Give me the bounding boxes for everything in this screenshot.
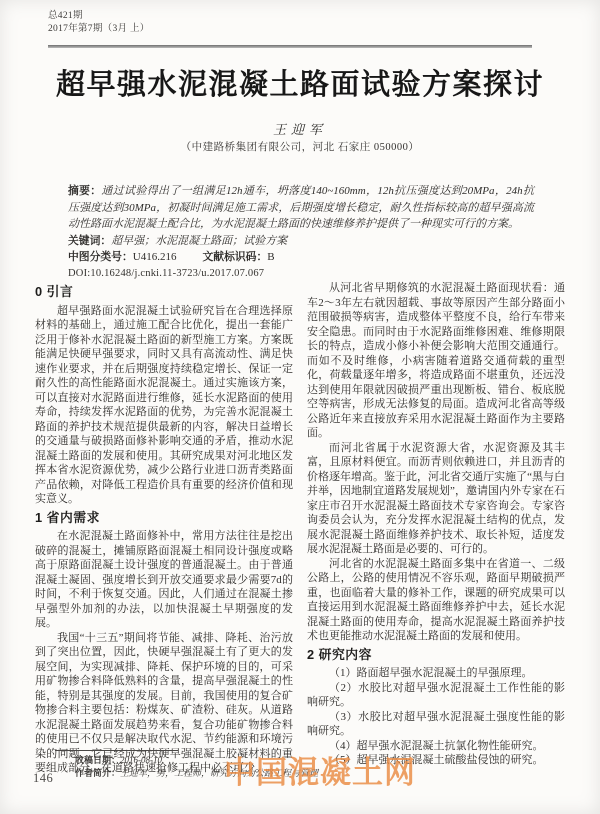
article-author: 王迎军: [0, 119, 600, 138]
author-bio-line: 作者简介：王迎军，男，工程师，研究方向为公路工程与管理: [75, 767, 355, 780]
list-item: （3）水胶比对超早强水泥混凝土强度性能的影响研究。: [307, 710, 565, 739]
received-date-label: 收稿日期：: [75, 755, 120, 765]
clc-label: 中图分类号：: [68, 251, 133, 263]
doc-code-value: B: [267, 251, 274, 263]
header-divider: [48, 45, 532, 48]
journal-issue-info: 总421期 2017年第7期（3月 上）: [48, 10, 150, 35]
received-date-line: 收稿日期：2016-08-10: [75, 754, 355, 767]
section-heading-introduction: 0 引言: [35, 285, 293, 300]
doi-text: DOI:10.16248/j.cnki.11-3723/u.2017.07.06…: [68, 266, 534, 283]
article-affiliation: （中建路桥集团有限公司，河北 石家庄 050000）: [0, 139, 600, 154]
author-bio-label: 作者简介：: [75, 768, 120, 778]
paragraph: 超早强路面水泥混凝土试验研究旨在合理选择原材料的基础上，通过施工配合比优化，提出…: [35, 304, 293, 507]
received-date-value: 2016-08-10: [120, 755, 162, 765]
section-heading-research-content: 2 研究内容: [307, 648, 565, 663]
footnote-divider: [55, 750, 178, 751]
abstract-text: 通过试验得出了一组满足12h通车，坍落度140~160mm，12h抗压强度达到2…: [68, 185, 534, 230]
list-item: （1）路面超早强水泥混凝土的早强原理。: [307, 666, 565, 681]
keywords: 关键词：超早强；水泥混凝土路面；试验方案: [68, 233, 534, 250]
keywords-text: 超早强；水泥混凝土路面；试验方案: [111, 235, 287, 247]
abstract-label: 摘要：: [68, 185, 101, 197]
left-column: 0 引言 超早强路面水泥混凝土试验研究旨在合理选择原材料的基础上，通过施工配合比…: [35, 281, 293, 776]
article-title: 超早强水泥混凝土路面试验方案探讨: [0, 62, 600, 103]
author-bio-value: 王迎军，男，工程师，研究方向为公路工程与管理: [120, 768, 318, 778]
paragraph: 而河北省属于水泥资源大省，水泥资源及其丰富，且原材料便宜。而沥青则依赖进口，并且…: [307, 441, 565, 557]
list-item: （4）超早强水泥混凝土抗氯化物性能研究。: [307, 739, 565, 754]
paragraph: 从河北省早期修筑的水泥混凝土路面现状看：通车2～3年左右就因超载、事故等原因产生…: [307, 281, 565, 441]
right-column: 从河北省早期修筑的水泥混凝土路面现状看：通车2～3年左右就因超载、事故等原因产生…: [307, 281, 565, 776]
classification-row: 中图分类号：U416.216文献标识码：B: [68, 249, 534, 266]
page-number: 146: [33, 771, 53, 786]
paragraph: 在水泥混凝土路面修补中，常用方法往往是挖出破碎的混凝土，摊铺原路面混凝土相同设计…: [35, 529, 293, 631]
section-heading-provincial-demand: 1 省内需求: [35, 511, 293, 526]
footnote: 收稿日期：2016-08-10 作者简介：王迎军，男，工程师，研究方向为公路工程…: [75, 754, 355, 780]
article-meta: 摘要：通过试验得出了一组满足12h通车，坍落度140~160mm，12h抗压强度…: [68, 183, 534, 282]
doc-code-label: 文献标识码：: [202, 251, 267, 263]
abstract: 摘要：通过试验得出了一组满足12h通车，坍落度140~160mm，12h抗压强度…: [68, 183, 534, 233]
journal-issue: 2017年第7期（3月 上）: [48, 23, 150, 36]
clc-value: U416.216: [133, 251, 177, 263]
journal-volume: 总421期: [48, 10, 150, 23]
article-body: 0 引言 超早强路面水泥混凝土试验研究旨在合理选择原材料的基础上，通过施工配合比…: [35, 281, 565, 776]
journal-page: 总421期 2017年第7期（3月 上） 超早强水泥混凝土路面试验方案探讨 王迎…: [0, 0, 600, 814]
list-item: （2）水胶比对超早强水泥混凝土工作性能的影响研究。: [307, 681, 565, 710]
paragraph: 河北省的水泥混凝土路面多集中在省道一、二级公路上，公路的使用情况不容乐观，路面早…: [307, 557, 565, 644]
keywords-label: 关键词：: [68, 235, 111, 247]
